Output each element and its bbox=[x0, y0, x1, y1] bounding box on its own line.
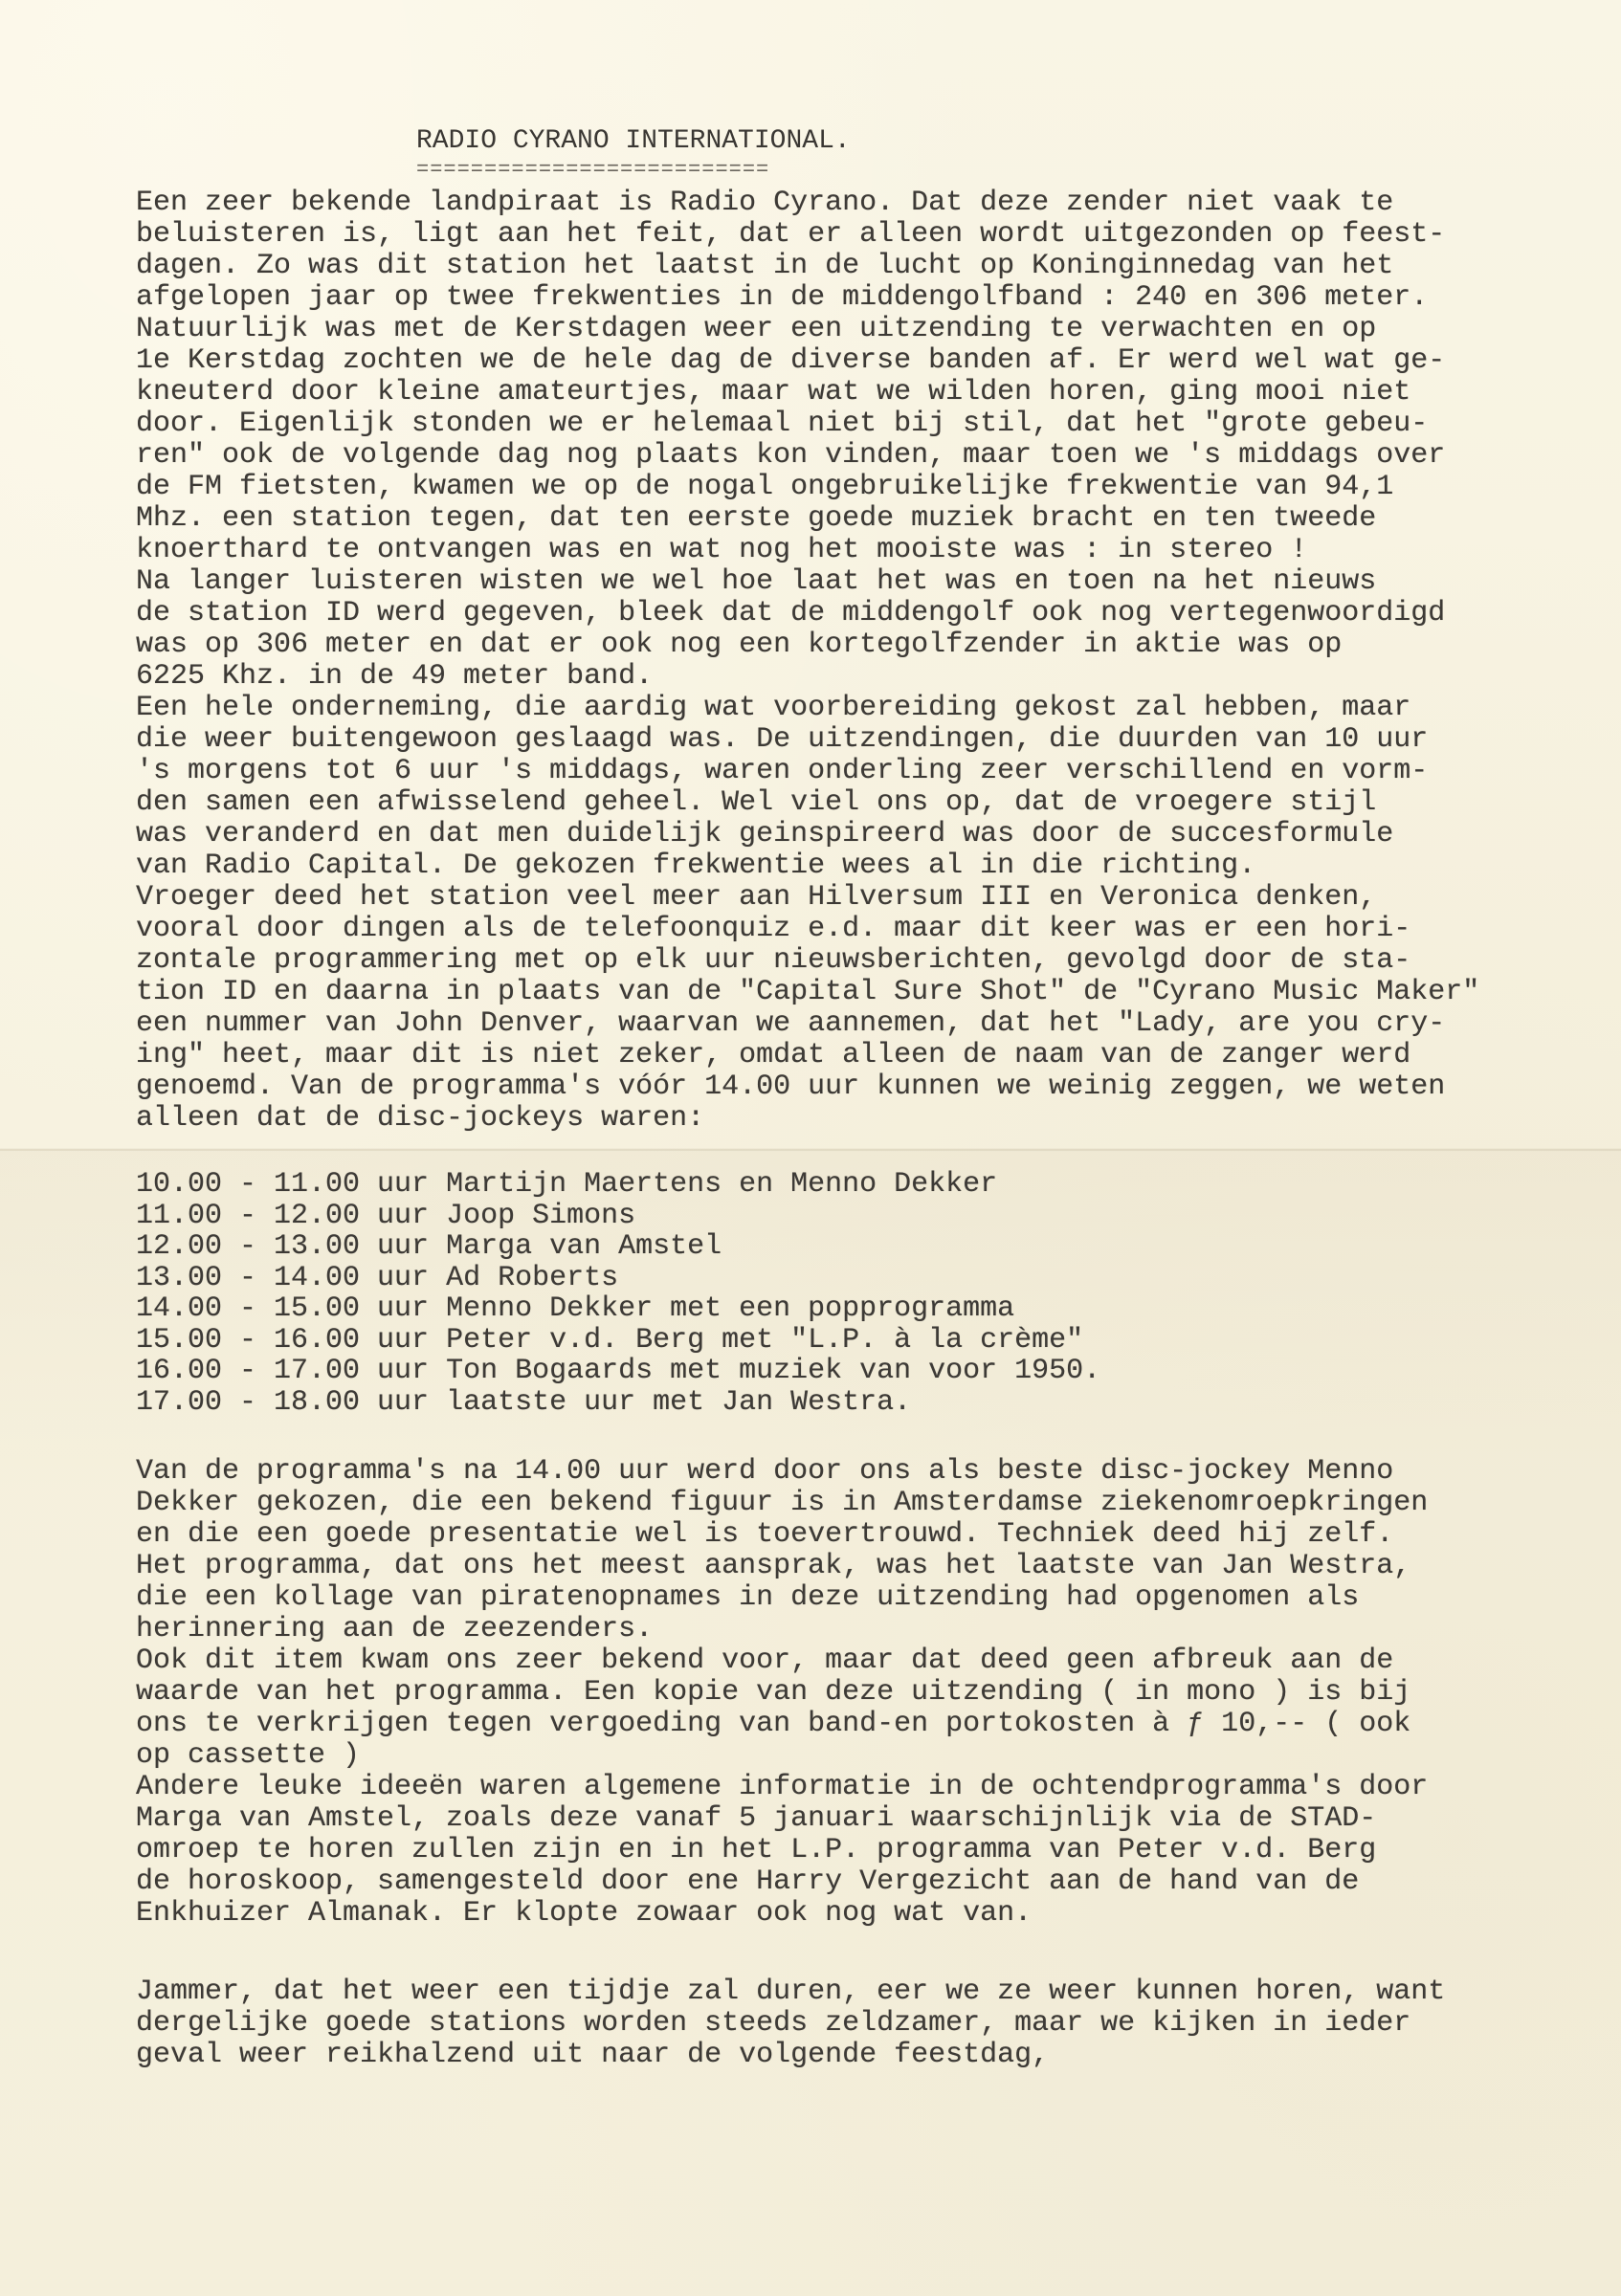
text-line: de horoskoop, samengesteld door ene Harr… bbox=[136, 1866, 1428, 1898]
text-line: door. Eigenlijk stonden we er helemaal n… bbox=[136, 408, 1479, 440]
text-line: op cassette ) bbox=[136, 1740, 1428, 1772]
paragraph-review: Van de programma's na 14.00 uur werd doo… bbox=[136, 1456, 1428, 1930]
text-line: Dekker gekozen, die een bekend figuur is… bbox=[136, 1488, 1428, 1519]
text-line: genoemd. Van de programma's vóór 14.00 u… bbox=[136, 1071, 1479, 1103]
schedule-time: 11.00 - 12.00 uur bbox=[136, 1200, 429, 1232]
text-line: die een kollage van piratenopnames in de… bbox=[136, 1582, 1428, 1614]
text-line: Het programma, dat ons het meest aanspra… bbox=[136, 1551, 1428, 1582]
title-underline: ========================== bbox=[416, 158, 769, 182]
schedule-time: 13.00 - 14.00 uur bbox=[136, 1262, 429, 1294]
text-line: de station ID werd gegeven, bleek dat de… bbox=[136, 598, 1479, 629]
text-line: Een zeer bekende landpiraat is Radio Cyr… bbox=[136, 188, 1479, 219]
text-line: tion ID en daarna in plaats van de "Capi… bbox=[136, 977, 1479, 1008]
schedule-row: 17.00 - 18.00 uur laatste uur met Jan We… bbox=[136, 1387, 1100, 1419]
schedule-host: Joop Simons bbox=[446, 1200, 635, 1232]
text-line: beluisteren is, ligt aan het feit, dat e… bbox=[136, 219, 1479, 251]
text-line: dagen. Zo was dit station het laatst in … bbox=[136, 251, 1479, 282]
schedule-time: 16.00 - 17.00 uur bbox=[136, 1355, 429, 1387]
text-line: van Radio Capital. De gekozen frekwentie… bbox=[136, 850, 1479, 882]
text-line: Enkhuizer Almanak. Er klopte zowaar ook … bbox=[136, 1898, 1428, 1930]
text-line: ren" ook de volgende dag nog plaats kon … bbox=[136, 440, 1479, 472]
text-line: Marga van Amstel, zoals deze vanaf 5 jan… bbox=[136, 1803, 1428, 1835]
text-line: die weer buitengewoon geslaagd was. De u… bbox=[136, 724, 1479, 756]
text-line: en die een goede presentatie wel is toev… bbox=[136, 1519, 1428, 1551]
text-line: alleen dat de disc-jockeys waren: bbox=[136, 1103, 1479, 1135]
schedule-row: 11.00 - 12.00 uur Joop Simons bbox=[136, 1201, 1100, 1232]
text-line: dergelijke goede stations worden steeds … bbox=[136, 2008, 1445, 2040]
text-line: den samen een afwisselend geheel. Wel vi… bbox=[136, 787, 1479, 819]
schedule-host: Ad Roberts bbox=[446, 1262, 618, 1294]
schedule-row: 12.00 - 13.00 uur Marga van Amstel bbox=[136, 1231, 1100, 1263]
text-line: omroep te horen zullen zijn en in het L.… bbox=[136, 1835, 1428, 1866]
text-line: Ook dit item kwam ons zeer bekend voor, … bbox=[136, 1645, 1428, 1677]
schedule-host: Marga van Amstel bbox=[446, 1230, 722, 1263]
text-line: was op 306 meter en dat er ook nog een k… bbox=[136, 629, 1479, 661]
text-line: Mhz. een station tegen, dat ten eerste g… bbox=[136, 503, 1479, 535]
text-line: Andere leuke ideeën waren algemene infor… bbox=[136, 1772, 1428, 1803]
schedule-row: 13.00 - 14.00 uur Ad Roberts bbox=[136, 1263, 1100, 1294]
text-line: ing" heet, maar dit is niet zeker, omdat… bbox=[136, 1040, 1479, 1071]
schedule-row: 15.00 - 16.00 uur Peter v.d. Berg met "L… bbox=[136, 1325, 1100, 1357]
schedule-time: 17.00 - 18.00 uur bbox=[136, 1386, 429, 1419]
text-line: ons te verkrijgen tegen vergoeding van b… bbox=[136, 1709, 1428, 1740]
dj-schedule: 10.00 - 11.00 uur Martijn Maertens en Me… bbox=[136, 1169, 1100, 1418]
text-line: afgelopen jaar op twee frekwenties in de… bbox=[136, 282, 1479, 314]
text-line: knoerthard te ontvangen was en wat nog h… bbox=[136, 535, 1479, 566]
schedule-row: 16.00 - 17.00 uur Ton Bogaards met muzie… bbox=[136, 1356, 1100, 1387]
schedule-time: 14.00 - 15.00 uur bbox=[136, 1292, 429, 1325]
schedule-host: laatste uur met Jan Westra. bbox=[446, 1386, 911, 1419]
schedule-host: Ton Bogaards met muziek van voor 1950. bbox=[446, 1355, 1100, 1387]
schedule-time: 10.00 - 11.00 uur bbox=[136, 1168, 429, 1201]
paragraph-intro: Een zeer bekende landpiraat is Radio Cyr… bbox=[136, 188, 1479, 1135]
schedule-row: 14.00 - 15.00 uur Menno Dekker met een p… bbox=[136, 1293, 1100, 1325]
text-line: 6225 Khz. in de 49 meter band. bbox=[136, 661, 1479, 693]
text-line: geval weer reikhalzend uit naar de volge… bbox=[136, 2040, 1445, 2071]
text-line: vooral door dingen als de telefoonquiz e… bbox=[136, 914, 1479, 945]
document-title: RADIO CYRANO INTERNATIONAL. bbox=[416, 126, 851, 156]
text-line: herinnering aan de zeezenders. bbox=[136, 1614, 1428, 1645]
text-line: kneuterd door kleine amateurtjes, maar w… bbox=[136, 377, 1479, 408]
schedule-host: Peter v.d. Berg met "L.P. à la crème" bbox=[446, 1324, 1083, 1357]
text-line: Vroeger deed het station veel meer aan H… bbox=[136, 882, 1479, 914]
text-line: waarde van het programma. Een kopie van … bbox=[136, 1677, 1428, 1709]
schedule-row: 10.00 - 11.00 uur Martijn Maertens en Me… bbox=[136, 1169, 1100, 1201]
paragraph-closing: Jammer, dat het weer een tijdje zal dure… bbox=[136, 1976, 1445, 2071]
text-line: zontale programmering met op elk uur nie… bbox=[136, 945, 1479, 977]
text-line: Van de programma's na 14.00 uur werd doo… bbox=[136, 1456, 1428, 1488]
text-line: Natuurlijk was met de Kerstdagen weer ee… bbox=[136, 314, 1479, 345]
text-line: Na langer luisteren wisten we wel hoe la… bbox=[136, 566, 1479, 598]
schedule-time: 15.00 - 16.00 uur bbox=[136, 1324, 429, 1357]
schedule-host: Martijn Maertens en Menno Dekker bbox=[446, 1168, 997, 1201]
text-line: een nummer van John Denver, waarvan we a… bbox=[136, 1008, 1479, 1040]
text-line: was veranderd en dat men duidelijk geins… bbox=[136, 819, 1479, 850]
text-line: Jammer, dat het weer een tijdje zal dure… bbox=[136, 1976, 1445, 2008]
schedule-time: 12.00 - 13.00 uur bbox=[136, 1230, 429, 1263]
text-line: Een hele onderneming, die aardig wat voo… bbox=[136, 693, 1479, 724]
text-line: de FM fietsten, kwamen we op de nogal on… bbox=[136, 472, 1479, 503]
schedule-host: Menno Dekker met een popprogramma bbox=[446, 1292, 1014, 1325]
text-line: 1e Kerstdag zochten we de hele dag de di… bbox=[136, 345, 1479, 377]
text-line: 's morgens tot 6 uur 's middags, waren o… bbox=[136, 756, 1479, 787]
